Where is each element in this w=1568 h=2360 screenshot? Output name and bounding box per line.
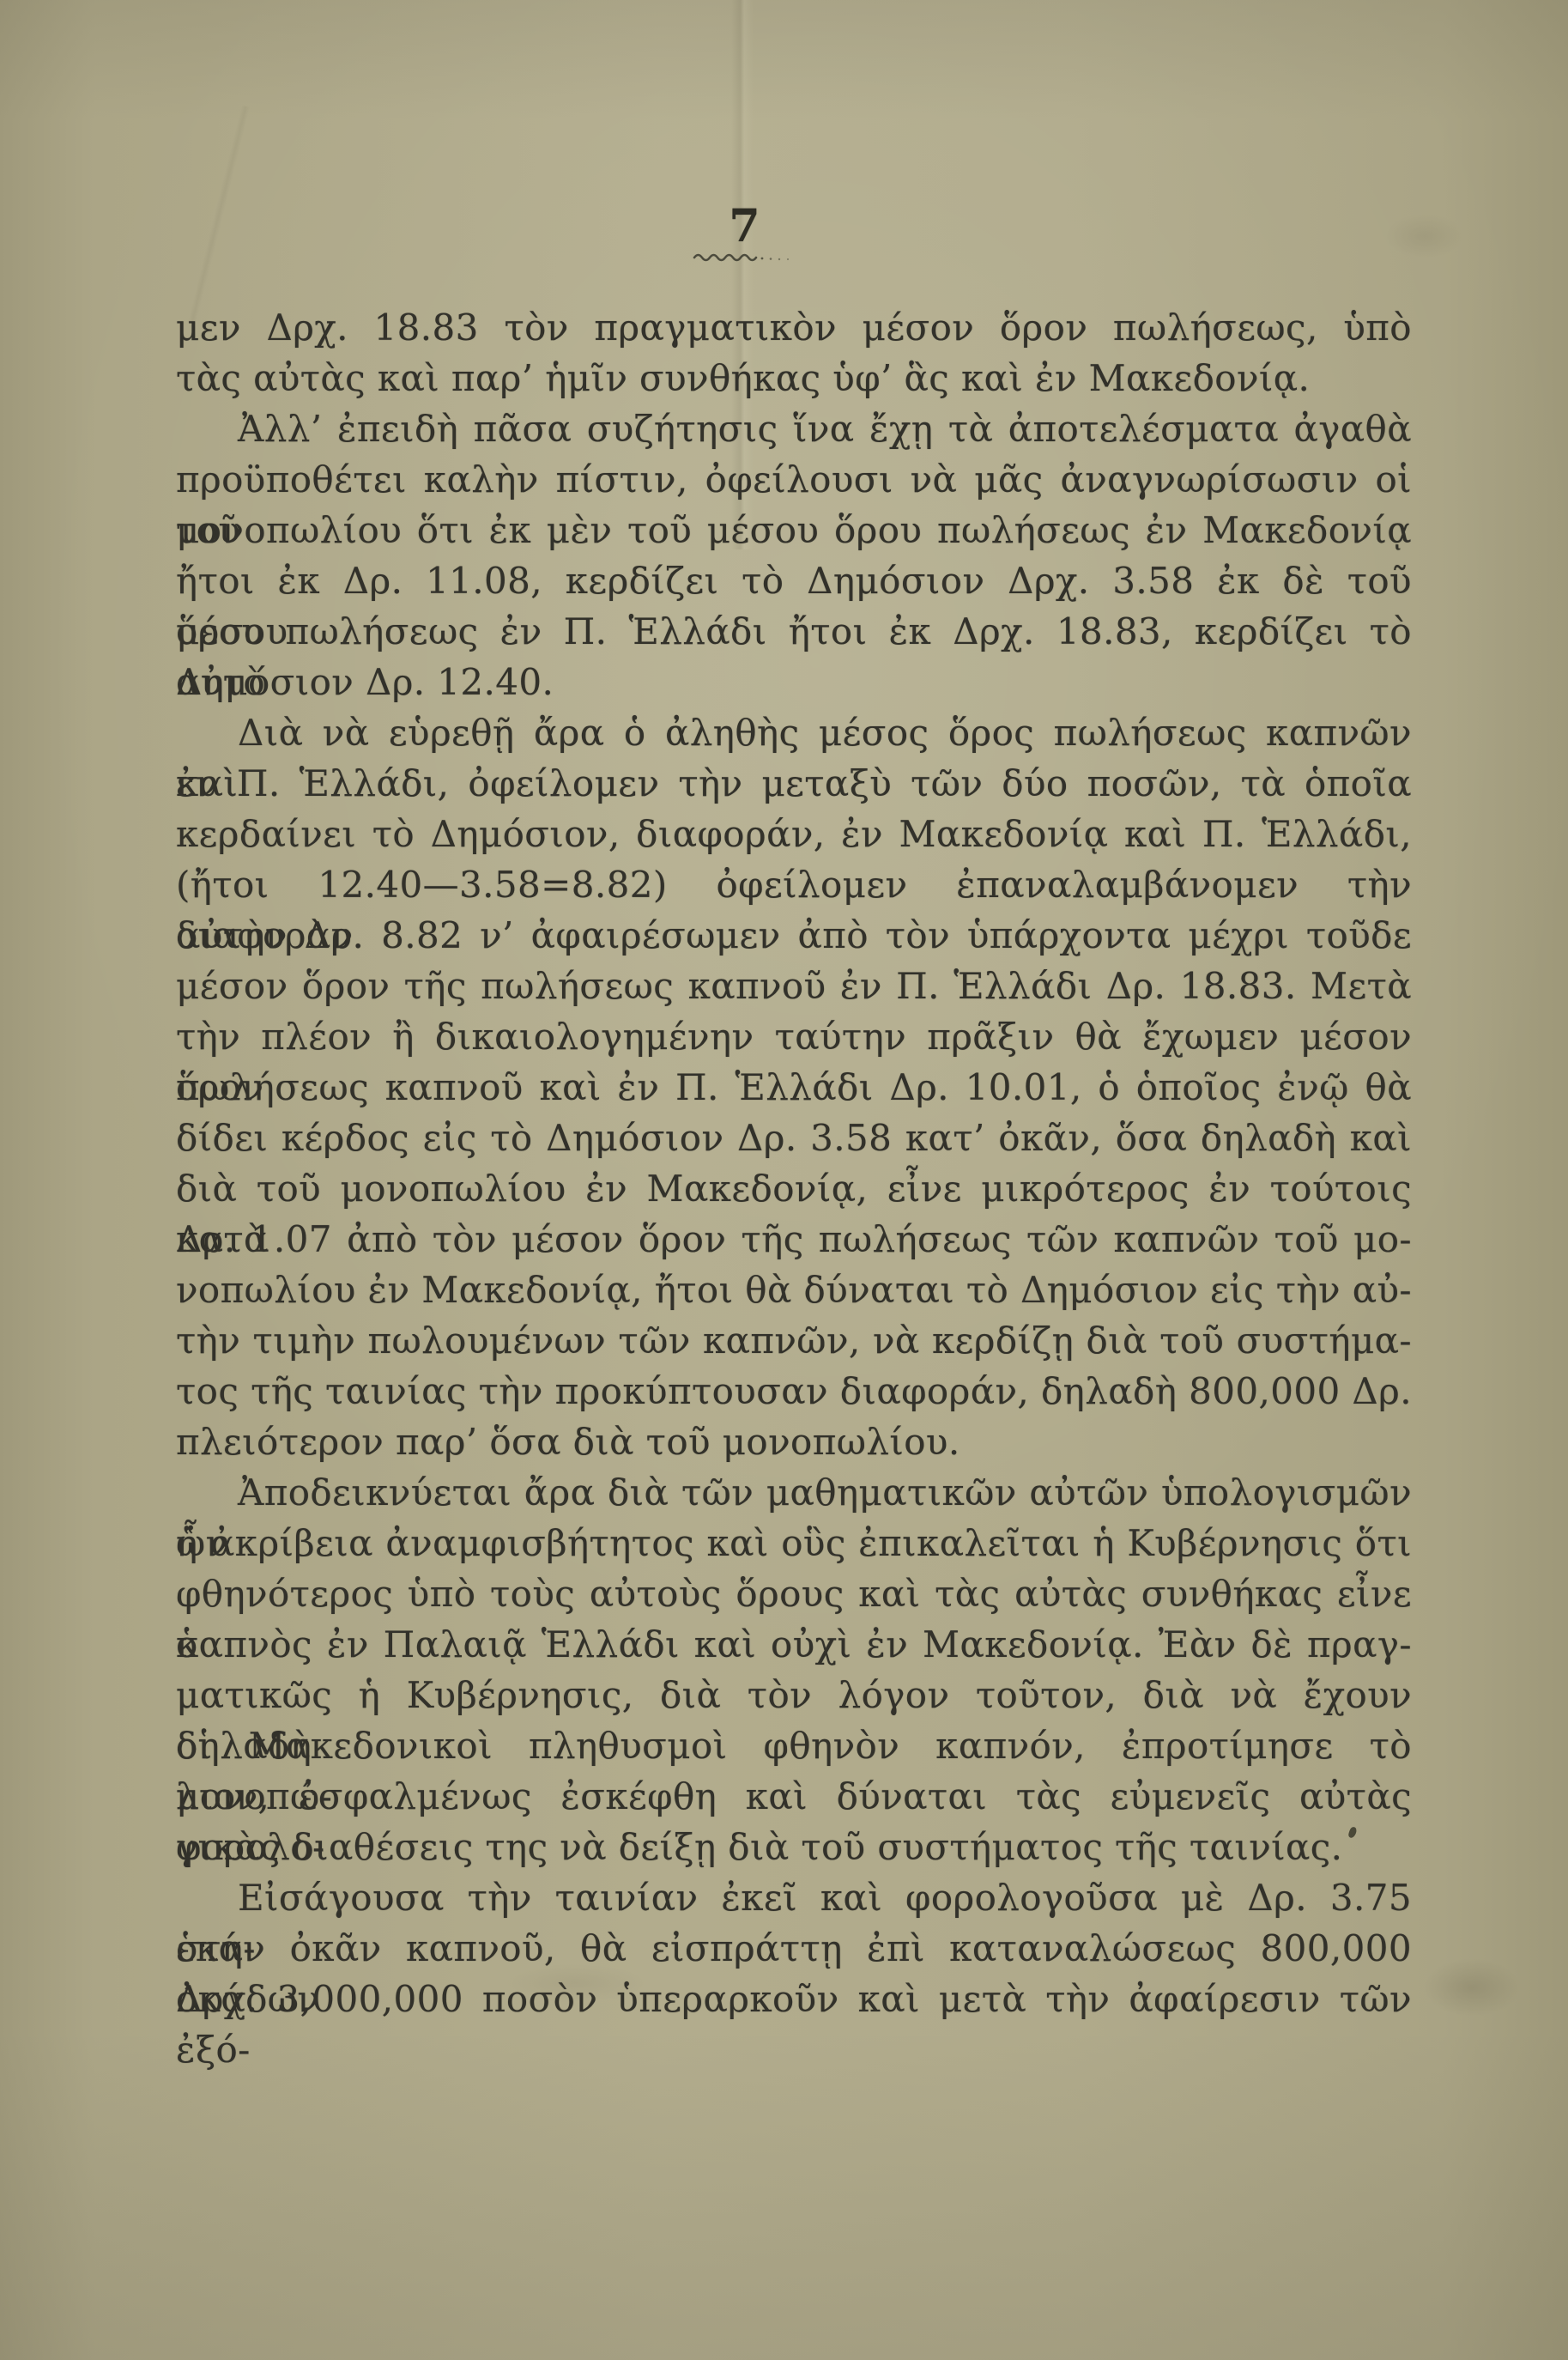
text-line: Δημόσιον Δρ. 12.40. [176,657,1412,707]
text-line: πωλήσεως καπνοῦ καὶ ἐν Π. Ἑλλάδι Δρ. 10.… [176,1062,1412,1113]
text-line: (ἤτοι 12.40—3.58=8.82) ὀφείλομεν ἐπαναλα… [176,859,1412,910]
paragraph: Ἀποδεικνύεται ἄρα διὰ τῶν μαθηματικῶν αὐ… [176,1467,1412,1872]
text-line: γικὰς διαθέσεις της νὰ δείξῃ διὰ τοῦ συσ… [176,1822,1412,1872]
text-line: Δρχ. 3,000,000 ποσὸν ὑπεραρκοῦν καὶ μετὰ… [176,1974,1412,2024]
text-line: αὐτὴν Δρ. 8.82 ν’ ἀφαιρέσωμεν ἀπὸ τὸν ὑπ… [176,910,1412,961]
text-line: προϋποθέτει καλὴν πίστιν, ὀφείλουσι νὰ μ… [176,454,1412,505]
text-block: μεν Δρχ. 18.83 τὸν πραγματικὸν μέσον ὅρο… [176,302,1412,2024]
paragraph: Εἰσάγουσα τὴν ταινίαν ἐκεῖ καὶ φορολογοῦ… [176,1872,1412,2024]
text-line: κερδαίνει τὸ Δημόσιον, διαφοράν, ἐν Μακε… [176,809,1412,859]
paragraph: Διὰ νὰ εὑρεθῇ ἄρα ὁ ἀληθὴς μέσος ὅρος πω… [176,707,1412,1467]
text-line: τὰς αὐτὰς καὶ παρ’ ἡμῖν συνθήκας ὑφ’ ἃς … [176,353,1412,403]
paragraph: μεν Δρχ. 18.83 τὸν πραγματικὸν μέσον ὅρο… [176,302,1412,403]
text-line: Διὰ νὰ εὑρεθῇ ἄρα ὁ ἀληθὴς μέσος ὅρος πω… [176,707,1412,758]
text-line: τὴν τιμὴν πωλουμένων τῶν καπνῶν, νὰ κερδ… [176,1315,1412,1366]
text-line: μονοπωλίου ὅτι ἐκ μὲν τοῦ μέσου ὅρου πωλ… [176,505,1412,555]
scanned-page: { "page_number": "7", "colors": { "paper… [0,0,1568,2360]
paper-smudge [1373,206,1476,266]
paper-smudge [1408,1949,1536,2026]
text-line: μέσον ὅρον τῆς πωλήσεως καπνοῦ ἐν Π. Ἑλλ… [176,961,1412,1011]
paper-smudge [481,1957,669,2009]
paragraph: Ἀλλ’ ἐπειδὴ πᾶσα συζήτησις ἵνα ἔχῃ τὰ ἀπ… [176,403,1412,707]
text-line: Εἰσάγουσα τὴν ταινίαν ἐκεῖ καὶ φορολογοῦ… [176,1872,1412,1923]
text-line: Ἀποδεικνύεται ἄρα διὰ τῶν μαθηματικῶν αὐ… [176,1467,1412,1518]
text-line: μεν Δρχ. 18.83 τὸν πραγματικὸν μέσον ὅρο… [176,302,1412,353]
page-number-underline-squiggle [692,251,802,264]
text-line: καπνὸς ἐν Παλαιᾷ Ἑλλάδι καὶ οὐχὶ ἐν Μακε… [176,1619,1412,1670]
text-line: διὰ τοῦ μονοπωλίου ἐν Μακεδονίᾳ, εἶνε μι… [176,1163,1412,1214]
text-line: δίδει κέρδος εἰς τὸ Δημόσιον Δρ. 3.58 κα… [176,1113,1412,1163]
text-line: ἡ ἀκρίβεια ἀναμφισβήτητος καὶ οὓς ἐπικαλ… [176,1518,1412,1568]
text-line: τος τῆς ταινίας τὴν προκύπτουσαν διαφορά… [176,1366,1412,1417]
text-line: πλειότερον παρ’ ὅσα διὰ τοῦ μονοπωλίου. [176,1417,1412,1467]
text-line: Δρ. 1.07 ἀπὸ τὸν μέσον ὅρον τῆς πωλήσεως… [176,1214,1412,1265]
text-line: λιον, ἐσφαλμένως ἐσκέφθη καὶ δύναται τὰς… [176,1771,1412,1822]
text-line: ἐν Π. Ἑλλάδι, ὀφείλομεν τὴν μεταξὺ τῶν δ… [176,758,1412,809]
page-number: 7 [693,204,796,249]
text-line: ἤτοι ἐκ Δρ. 11.08, κερδίζει τὸ Δημόσιον … [176,555,1412,606]
text-line: νοπωλίου ἐν Μακεδονίᾳ, ἤτοι θὰ δύναται τ… [176,1265,1412,1315]
text-line: τὴν πλέον ἢ δικαιολογημένην ταύτην πρᾶξι… [176,1011,1412,1062]
text-line: φθηνότερος ὑπὸ τοὺς αὐτοὺς ὅρους καὶ τὰς… [176,1568,1412,1619]
text-line: ὅρου πωλήσεως ἐν Π. Ἑλλάδι ἤτοι ἐκ Δρχ. … [176,606,1412,657]
text-line: ματικῶς ἡ Κυβέρνησις, διὰ τὸν λόγον τοῦτ… [176,1670,1412,1720]
text-line: στην ὀκᾶν καπνοῦ, θὰ εἰσπράττῃ ἐπὶ καταν… [176,1923,1412,1974]
paper-crease-small [188,106,251,325]
text-line: Ἀλλ’ ἐπειδὴ πᾶσα συζήτησις ἵνα ἔχῃ τὰ ἀπ… [176,403,1412,454]
text-line: οἱ Μακεδονικοὶ πληθυσμοὶ φθηνὸν καπνόν, … [176,1720,1412,1771]
